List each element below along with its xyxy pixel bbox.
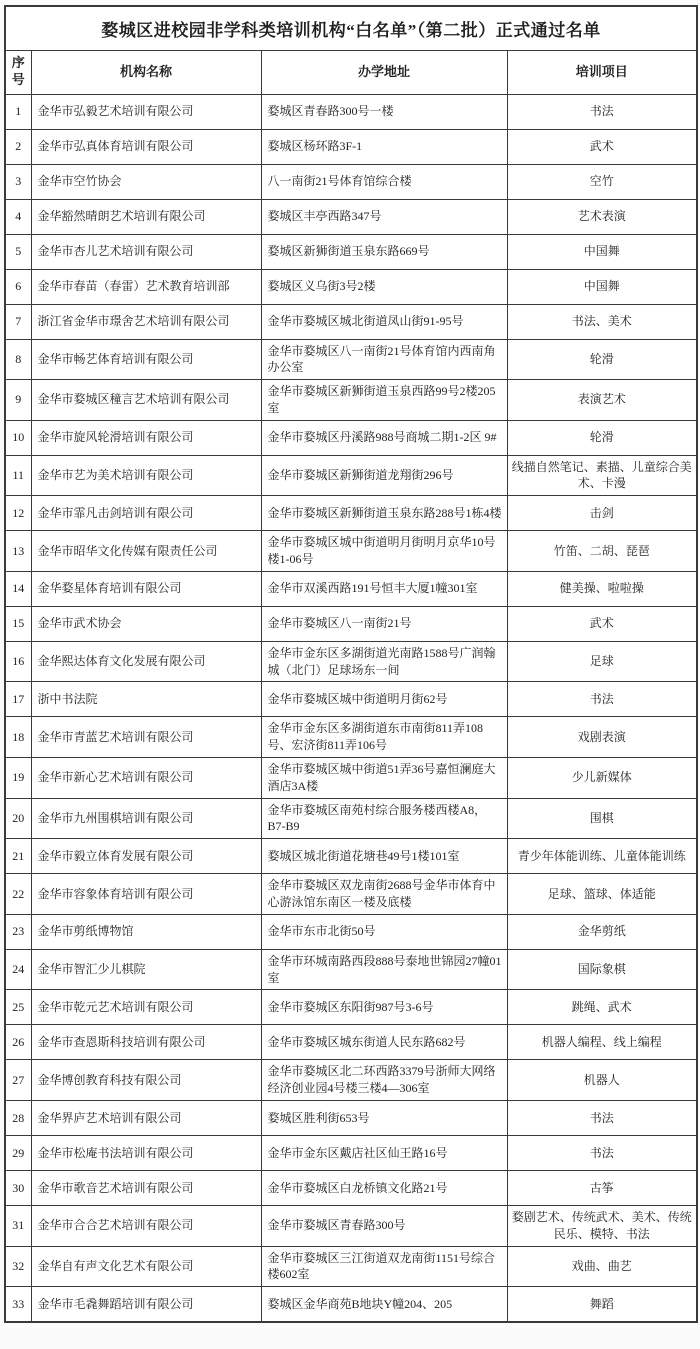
table-rows: 1金华市弘毅艺术培训有限公司婺城区青春路300号一楼书法2金华市弘真体育培训有限… (5, 94, 697, 1322)
row-number: 20 (5, 798, 31, 839)
row-number: 14 (5, 571, 31, 606)
table-row: 23金华市剪纸博物馆金华市东市北街50号金华剪纸 (5, 914, 697, 949)
school-address: 婺城区义乌街3号2楼 (261, 269, 507, 304)
training-project: 青少年体能训练、儿童体能训练 (507, 839, 697, 874)
table-row: 20金华市九州围棋培训有限公司金华市婺城区南苑村综合服务楼西楼A8，B7-B9围… (5, 798, 697, 839)
institution-name: 金华市武术协会 (31, 606, 261, 641)
table-row: 29金华市松庵书法培训有限公司金华市金东区戴店社区仙王路16号书法 (5, 1136, 697, 1171)
institution-name: 金华市婺城区穜言艺术培训有限公司 (31, 380, 261, 421)
row-number: 19 (5, 758, 31, 799)
table-row: 11金华市艺为美术培训有限公司金华市婺城区新狮街道龙翔街296号线描自然笔记、素… (5, 455, 697, 496)
training-project: 中国舞 (507, 269, 697, 304)
table-row: 21金华市毅立体育发展有限公司婺城区城北街道花塘巷49号1楼101室青少年体能训… (5, 839, 697, 874)
school-address: 婺城区金华商苑B地块Y幢204、205 (261, 1287, 507, 1322)
row-number: 23 (5, 914, 31, 949)
institution-name: 金华市乾元艺术培训有限公司 (31, 990, 261, 1025)
institution-name: 金华界庐艺术培训有限公司 (31, 1101, 261, 1136)
table-row: 1金华市弘毅艺术培训有限公司婺城区青春路300号一楼书法 (5, 94, 697, 129)
row-number: 29 (5, 1136, 31, 1171)
row-number: 6 (5, 269, 31, 304)
institution-name: 金华市智汇少儿棋院 (31, 949, 261, 990)
school-address: 婺城区青春路300号一楼 (261, 94, 507, 129)
institution-name: 金华市九州围棋培训有限公司 (31, 798, 261, 839)
row-number: 32 (5, 1246, 31, 1287)
school-address: 金华市婺城区新狮街道玉泉东路288号1栋4楼 (261, 496, 507, 531)
training-project: 书法 (507, 1101, 697, 1136)
school-address: 金华市婺城区南苑村综合服务楼西楼A8，B7-B9 (261, 798, 507, 839)
table-row: 6金华市春苗（春雷）艺术教育培训部婺城区义乌街3号2楼中国舞 (5, 269, 697, 304)
school-address: 金华市金东区戴店社区仙王路16号 (261, 1136, 507, 1171)
table-row: 10金华市旋风轮滑培训有限公司金华市婺城区丹溪路988号商城二期1-2区 9#轮… (5, 420, 697, 455)
training-project: 线描自然笔记、素描、儿童综合美术、卡漫 (507, 455, 697, 496)
institution-name: 浙中书法院 (31, 682, 261, 717)
institution-name: 金华市艺为美术培训有限公司 (31, 455, 261, 496)
row-number: 33 (5, 1287, 31, 1322)
row-number: 27 (5, 1060, 31, 1101)
institution-name: 金华市昭华文化传媒有限责任公司 (31, 531, 261, 572)
training-project: 少儿新媒体 (507, 758, 697, 799)
training-project: 围棋 (507, 798, 697, 839)
row-number: 15 (5, 606, 31, 641)
institution-name: 金华熙达体育文化发展有限公司 (31, 641, 261, 682)
row-number: 28 (5, 1101, 31, 1136)
school-address: 婺城区丰亭西路347号 (261, 199, 507, 234)
table-row: 33金华市毛毳舞蹈培训有限公司婺城区金华商苑B地块Y幢204、205舞蹈 (5, 1287, 697, 1322)
school-address: 金华市东市北街50号 (261, 914, 507, 949)
training-project: 戏剧表演 (507, 717, 697, 758)
row-number: 12 (5, 496, 31, 531)
school-address: 金华市婺城区新狮街道龙翔街296号 (261, 455, 507, 496)
school-address: 金华市婺城区三江街道双龙南街1151号综合楼602室 (261, 1246, 507, 1287)
institution-name: 金华市弘毅艺术培训有限公司 (31, 94, 261, 129)
row-number: 1 (5, 94, 31, 129)
training-project: 健美操、啦啦操 (507, 571, 697, 606)
institution-name: 金华市新心艺术培训有限公司 (31, 758, 261, 799)
school-address: 婺城区新狮街道玉泉东路669号 (261, 234, 507, 269)
table-row: 3金华市空竹协会八一南街21号体育馆综合楼空竹 (5, 164, 697, 199)
institution-name: 金华市毅立体育发展有限公司 (31, 839, 261, 874)
school-address: 金华市婺城区城北街道凤山街91-95号 (261, 304, 507, 339)
training-project: 空竹 (507, 164, 697, 199)
row-number: 26 (5, 1025, 31, 1060)
institution-name: 金华市毛毳舞蹈培训有限公司 (31, 1287, 261, 1322)
school-address: 金华市婺城区青春路300号 (261, 1206, 507, 1247)
training-project: 书法 (507, 1136, 697, 1171)
row-number: 17 (5, 682, 31, 717)
row-number: 22 (5, 874, 31, 915)
row-number: 7 (5, 304, 31, 339)
whitelist-table: 婺城区进校园非学科类培训机构“白名单”（第二批）正式通过名单 序号 机构名称 办… (4, 5, 698, 1323)
title-row: 婺城区进校园非学科类培训机构“白名单”（第二批）正式通过名单 (5, 6, 697, 50)
row-number: 24 (5, 949, 31, 990)
training-project: 机器人编程、线上编程 (507, 1025, 697, 1060)
institution-name: 浙江省金华市璟舍艺术培训有限公司 (31, 304, 261, 339)
row-number: 5 (5, 234, 31, 269)
document-page: 婺城区进校园非学科类培训机构“白名单”（第二批）正式通过名单 序号 机构名称 办… (0, 0, 700, 1349)
table-row: 25金华市乾元艺术培训有限公司金华市婺城区东阳街987号3-6号跳绳、武术 (5, 990, 697, 1025)
training-project: 武术 (507, 606, 697, 641)
training-project: 轮滑 (507, 420, 697, 455)
school-address: 金华市金东区多湖街道光南路1588号广润翰城（北门）足球场东一间 (261, 641, 507, 682)
page-title: 婺城区进校园非学科类培训机构“白名单”（第二批）正式通过名单 (5, 6, 697, 50)
row-number: 4 (5, 199, 31, 234)
row-number: 30 (5, 1171, 31, 1206)
table-row: 24金华市智汇少儿棋院金华市环城南路西段888号泰地世锦园27幢01室国际象棋 (5, 949, 697, 990)
institution-name: 金华市青蓝艺术培训有限公司 (31, 717, 261, 758)
table-row: 14金华婺星体育培训有限公司金华市双溪西路191号恒丰大厦1幢301室健美操、啦… (5, 571, 697, 606)
table-row: 22金华市容象体育培训有限公司金华市婺城区双龙南街2688号金华市体育中心游泳馆… (5, 874, 697, 915)
table-row: 17浙中书法院金华市婺城区城中街道明月街62号书法 (5, 682, 697, 717)
training-project: 机器人 (507, 1060, 697, 1101)
training-project: 竹笛、二胡、琵琶 (507, 531, 697, 572)
school-address: 八一南街21号体育馆综合楼 (261, 164, 507, 199)
table-row: 9金华市婺城区穜言艺术培训有限公司金华市婺城区新狮街道玉泉西路99号2楼205室… (5, 380, 697, 421)
institution-name: 金华自有声文化艺术有限公司 (31, 1246, 261, 1287)
table-row: 26金华市查恩斯科技培训有限公司金华市婺城区城东街道人民东路682号机器人编程、… (5, 1025, 697, 1060)
table-row: 30金华市歌音艺术培训有限公司金华市婺城区白龙桥镇文化路21号古筝 (5, 1171, 697, 1206)
school-address: 金华市婺城区城中街道明月街明月京华10号楼1-06号 (261, 531, 507, 572)
school-address: 金华市婺城区东阳街987号3-6号 (261, 990, 507, 1025)
training-project: 跳绳、武术 (507, 990, 697, 1025)
training-project: 书法 (507, 682, 697, 717)
row-number: 3 (5, 164, 31, 199)
training-project: 戏曲、曲艺 (507, 1246, 697, 1287)
column-header-index: 序号 (5, 50, 31, 94)
institution-name: 金华市剪纸博物馆 (31, 914, 261, 949)
school-address: 婺城区城北街道花塘巷49号1楼101室 (261, 839, 507, 874)
school-address: 金华市婺城区新狮街道玉泉西路99号2楼205室 (261, 380, 507, 421)
row-number: 10 (5, 420, 31, 455)
school-address: 金华市婺城区丹溪路988号商城二期1-2区 9# (261, 420, 507, 455)
table-row: 4金华豁然晴朗艺术培训有限公司婺城区丰亭西路347号艺术表演 (5, 199, 697, 234)
column-header-row: 序号 机构名称 办学地址 培训项目 (5, 50, 697, 94)
table-row: 32金华自有声文化艺术有限公司金华市婺城区三江街道双龙南街1151号综合楼602… (5, 1246, 697, 1287)
training-project: 书法、美术 (507, 304, 697, 339)
school-address: 金华市婺城区白龙桥镇文化路21号 (261, 1171, 507, 1206)
table-row: 31金华市合合艺术培训有限公司金华市婺城区青春路300号婺剧艺术、传统武术、美术… (5, 1206, 697, 1247)
school-address: 金华市婺城区八一南街21号 (261, 606, 507, 641)
institution-name: 金华市合合艺术培训有限公司 (31, 1206, 261, 1247)
institution-name: 金华市旋风轮滑培训有限公司 (31, 420, 261, 455)
training-project: 武术 (507, 129, 697, 164)
institution-name: 金华豁然晴朗艺术培训有限公司 (31, 199, 261, 234)
training-project: 中国舞 (507, 234, 697, 269)
column-header-name: 机构名称 (31, 50, 261, 94)
school-address: 金华市婺城区城东街道人民东路682号 (261, 1025, 507, 1060)
training-project: 书法 (507, 94, 697, 129)
training-project: 轮滑 (507, 339, 697, 380)
row-number: 21 (5, 839, 31, 874)
institution-name: 金华市空竹协会 (31, 164, 261, 199)
row-number: 13 (5, 531, 31, 572)
institution-name: 金华市歌音艺术培训有限公司 (31, 1171, 261, 1206)
training-project: 表演艺术 (507, 380, 697, 421)
training-project: 金华剪纸 (507, 914, 697, 949)
table-row: 16金华熙达体育文化发展有限公司金华市金东区多湖街道光南路1588号广润翰城（北… (5, 641, 697, 682)
table-row: 5金华市杏儿艺术培训有限公司婺城区新狮街道玉泉东路669号中国舞 (5, 234, 697, 269)
training-project: 击剑 (507, 496, 697, 531)
row-number: 31 (5, 1206, 31, 1247)
table-row: 18金华市青蓝艺术培训有限公司金华市金东区多湖街道东市南街811弄108号、宏济… (5, 717, 697, 758)
school-address: 金华市双溪西路191号恒丰大厦1幢301室 (261, 571, 507, 606)
institution-name: 金华市畅艺体育培训有限公司 (31, 339, 261, 380)
row-number: 9 (5, 380, 31, 421)
row-number: 18 (5, 717, 31, 758)
institution-name: 金华市查恩斯科技培训有限公司 (31, 1025, 261, 1060)
column-header-project: 培训项目 (507, 50, 697, 94)
training-project: 足球 (507, 641, 697, 682)
row-number: 25 (5, 990, 31, 1025)
institution-name: 金华博创教育科技有限公司 (31, 1060, 261, 1101)
institution-name: 金华市松庵书法培训有限公司 (31, 1136, 261, 1171)
row-number: 2 (5, 129, 31, 164)
row-number: 11 (5, 455, 31, 496)
institution-name: 金华市弘真体育培训有限公司 (31, 129, 261, 164)
table-row: 7浙江省金华市璟舍艺术培训有限公司金华市婺城区城北街道凤山街91-95号书法、美… (5, 304, 697, 339)
table-row: 13金华市昭华文化传媒有限责任公司金华市婺城区城中街道明月街明月京华10号楼1-… (5, 531, 697, 572)
school-address: 金华市金东区多湖街道东市南街811弄108号、宏济街811弄106号 (261, 717, 507, 758)
school-address: 金华市婺城区八一南街21号体育馆内西南角办公室 (261, 339, 507, 380)
table-row: 2金华市弘真体育培训有限公司婺城区杨环路3F-1武术 (5, 129, 697, 164)
institution-name: 金华市春苗（春雷）艺术教育培训部 (31, 269, 261, 304)
training-project: 足球、篮球、体适能 (507, 874, 697, 915)
table-row: 19金华市新心艺术培训有限公司金华市婺城区城中街道51弄36号嘉恒澜庭大酒店3A… (5, 758, 697, 799)
table-row: 28金华界庐艺术培训有限公司婺城区胜利街653号书法 (5, 1101, 697, 1136)
training-project: 舞蹈 (507, 1287, 697, 1322)
institution-name: 金华市杏儿艺术培训有限公司 (31, 234, 261, 269)
training-project: 古筝 (507, 1171, 697, 1206)
school-address: 婺城区胜利街653号 (261, 1101, 507, 1136)
training-project: 婺剧艺术、传统武术、美术、传统民乐、模特、书法 (507, 1206, 697, 1247)
column-header-address: 办学地址 (261, 50, 507, 94)
institution-name: 金华市容象体育培训有限公司 (31, 874, 261, 915)
table-row: 27金华博创教育科技有限公司金华市婺城区北二环西路3379号浙师大网络经济创业园… (5, 1060, 697, 1101)
school-address: 金华市婺城区双龙南街2688号金华市体育中心游泳馆东南区一楼及底楼 (261, 874, 507, 915)
school-address: 金华市婺城区城中街道明月街62号 (261, 682, 507, 717)
school-address: 金华市婺城区城中街道51弄36号嘉恒澜庭大酒店3A楼 (261, 758, 507, 799)
training-project: 艺术表演 (507, 199, 697, 234)
table-row: 12金华市霏凡击剑培训有限公司金华市婺城区新狮街道玉泉东路288号1栋4楼击剑 (5, 496, 697, 531)
institution-name: 金华市霏凡击剑培训有限公司 (31, 496, 261, 531)
row-number: 8 (5, 339, 31, 380)
school-address: 金华市婺城区北二环西路3379号浙师大网络经济创业园4号楼三楼4—306室 (261, 1060, 507, 1101)
school-address: 婺城区杨环路3F-1 (261, 129, 507, 164)
school-address: 金华市环城南路西段888号泰地世锦园27幢01室 (261, 949, 507, 990)
table-row: 15金华市武术协会金华市婺城区八一南街21号武术 (5, 606, 697, 641)
institution-name: 金华婺星体育培训有限公司 (31, 571, 261, 606)
training-project: 国际象棋 (507, 949, 697, 990)
table-row: 8金华市畅艺体育培训有限公司金华市婺城区八一南街21号体育馆内西南角办公室轮滑 (5, 339, 697, 380)
row-number: 16 (5, 641, 31, 682)
